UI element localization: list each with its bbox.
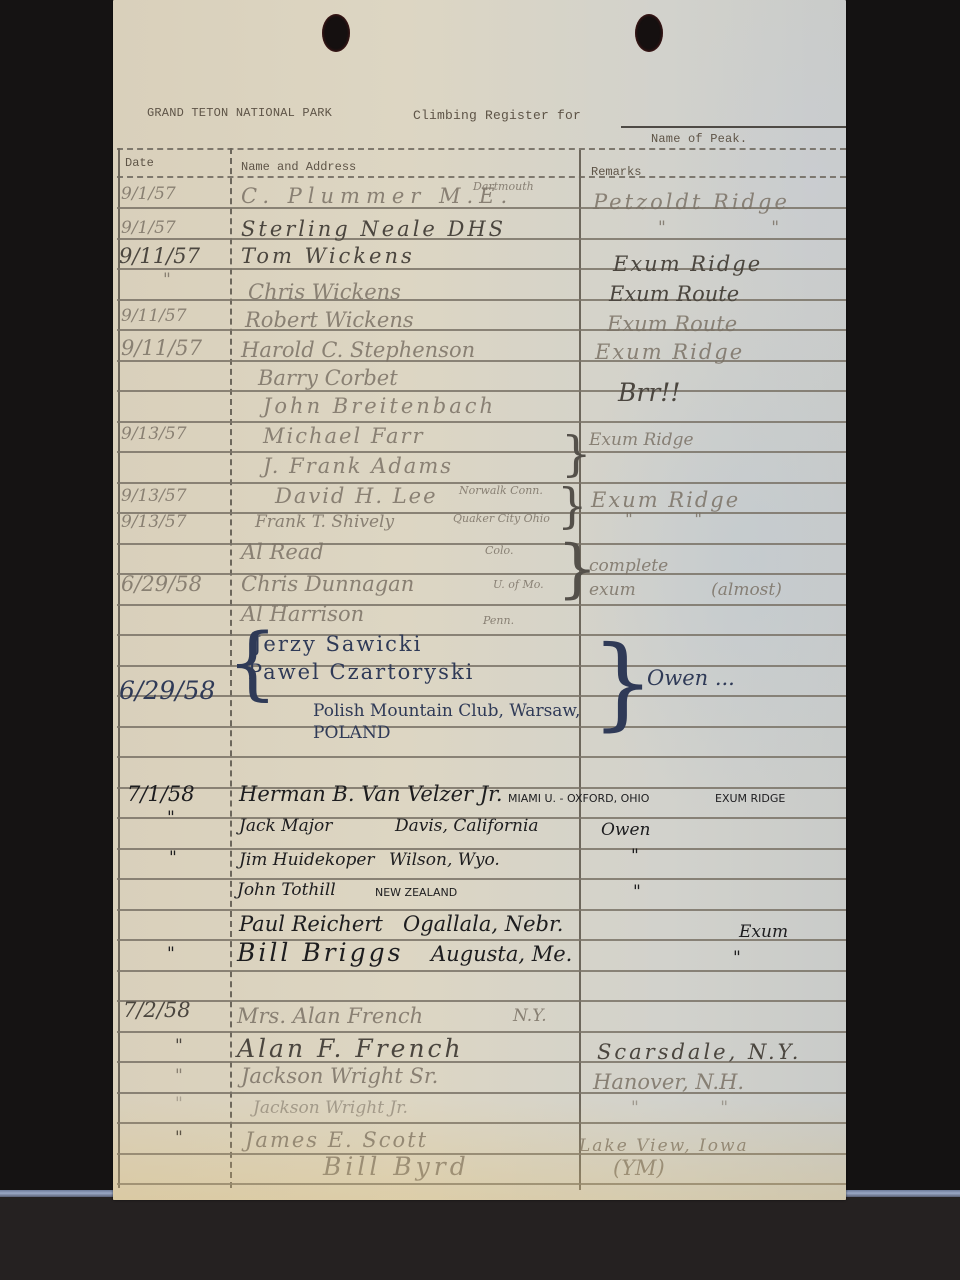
brace: } — [561, 426, 592, 482]
entry-address: Augusta, Me. — [431, 942, 572, 966]
entry-address: MIAMI U. - OXFORD, OHIO — [508, 792, 649, 805]
ruled-line — [117, 1122, 846, 1124]
entry-date: " — [169, 848, 177, 868]
background-left — [0, 0, 113, 1192]
register-sheet: GRAND TETON NATIONAL PARK Climbing Regis… — [113, 0, 846, 1200]
entry-name: Mrs. Alan French — [237, 1004, 423, 1028]
entry-date: 9/11/57 — [119, 244, 200, 268]
remarks-column-divider — [579, 150, 581, 1190]
ruled-line — [117, 1000, 846, 1002]
entry-remarks: Exum Route — [607, 312, 737, 336]
entry-remarks: Brr!! — [618, 378, 680, 407]
punch-hole — [322, 14, 350, 52]
ruled-line — [117, 390, 846, 392]
entry-name: Alan F. French — [237, 1034, 464, 1063]
column-header-date: Date — [125, 156, 154, 170]
entry-date: " — [163, 270, 171, 290]
entry-name: Frank T. Shively — [255, 512, 394, 532]
entry-name: Jackson Wright Sr. — [241, 1064, 438, 1088]
entry-remarks: EXUM RIDGE — [715, 792, 785, 805]
entry-name: Bill Byrd — [323, 1152, 470, 1181]
entry-remarks: Exum Ridge — [591, 488, 740, 512]
column-header-remarks: Remarks — [591, 165, 641, 179]
ruled-line — [117, 909, 846, 911]
entry-date: 9/13/57 — [121, 512, 187, 532]
brace: } — [591, 624, 655, 741]
entry-remarks: " — [633, 882, 641, 902]
ruled-line — [117, 1183, 846, 1185]
entry-name: Pawel Czartoryski — [248, 660, 474, 684]
entry-date: " — [167, 808, 175, 828]
entry-date: 7/1/58 — [127, 782, 195, 806]
entry-address: Norwalk Conn. — [459, 484, 543, 497]
entry-name: James E. Scott — [245, 1128, 428, 1152]
entry-name: Michael Farr — [263, 424, 425, 448]
entry-remarks: Exum Ridge — [589, 430, 694, 450]
entry-address: U. of Mo. — [493, 578, 544, 591]
entry-remarks: exum (almost) — [589, 580, 782, 600]
entry-date: 9/1/57 — [121, 184, 176, 204]
register-title: Climbing Register for — [413, 108, 581, 123]
entry-name: David H. Lee — [275, 484, 438, 508]
entry-remarks: " " — [658, 218, 829, 238]
entry-address: Polish Mountain Club, Warsaw, POLAND — [313, 700, 613, 744]
entry-name: Jim Huidekoper — [239, 850, 375, 870]
entry-remarks: " — [733, 948, 741, 968]
entry-date: 9/11/57 — [121, 336, 202, 360]
entry-remarks: Exum Ridge — [595, 340, 744, 364]
entry-name: Tom Wickens — [241, 244, 415, 268]
ruled-line — [117, 756, 846, 758]
entry-address: NEW ZEALAND — [375, 886, 457, 899]
ruled-line — [117, 543, 846, 545]
entry-remarks: Scarsdale, N.Y. — [597, 1040, 801, 1064]
ruled-line — [117, 970, 846, 972]
entry-date: 9/13/57 — [121, 486, 187, 506]
ruled-line — [117, 604, 846, 606]
entry-remarks: " " — [631, 1098, 766, 1118]
park-title: GRAND TETON NATIONAL PARK — [147, 106, 332, 120]
entry-address: N.Y. — [513, 1006, 547, 1026]
entry-remarks: Exum Route — [609, 282, 739, 306]
header-rule-bottom — [117, 176, 846, 178]
ruled-line — [117, 451, 846, 453]
entry-date: 7/2/58 — [123, 998, 191, 1022]
entry-name: Harold C. Stephenson — [241, 338, 475, 362]
entry-name: Bill Briggs — [237, 938, 403, 967]
entry-name: John Tothill — [237, 880, 336, 900]
header-rule-top — [117, 148, 846, 150]
entry-address: Davis, California — [395, 816, 539, 836]
entry-date: 9/13/57 — [121, 424, 187, 444]
punch-hole — [635, 14, 663, 52]
entry-date: " — [175, 1094, 183, 1114]
entry-name: Jerzy Sawicki — [253, 632, 422, 656]
ruled-line — [117, 939, 846, 941]
entry-name: J. Frank Adams — [263, 454, 453, 478]
entry-name: John Breitenbach — [263, 394, 496, 418]
peak-caption: Name of Peak. — [651, 132, 747, 146]
background-bottom — [0, 1197, 960, 1280]
entry-remarks: Petzoldt Ridge — [593, 190, 790, 214]
entry-name: Jackson Wright Jr. — [253, 1098, 408, 1118]
entry-date: " — [175, 1036, 183, 1056]
brace: } — [557, 532, 598, 606]
ruled-line — [117, 878, 846, 880]
entry-name: Sterling Neale DHS — [241, 217, 506, 241]
entry-name: Al Read — [241, 540, 324, 564]
entry-date: " — [175, 1128, 183, 1148]
entry-date: " — [175, 1066, 183, 1086]
ruled-line — [117, 1031, 846, 1033]
brace: } — [557, 478, 588, 534]
entry-date: 6/29/58 — [119, 676, 215, 705]
background-right — [846, 0, 960, 1192]
entry-remarks: (YM) — [613, 1156, 665, 1180]
entry-remarks: Exum Ridge — [613, 252, 762, 276]
entry-remarks: Owen — [601, 820, 651, 840]
entry-address: Quaker City Ohio — [453, 512, 563, 525]
entry-date: 6/29/58 — [121, 572, 202, 596]
entry-date: 9/1/57 — [121, 218, 176, 238]
entry-name: Herman B. Van Velzer Jr. — [239, 782, 503, 806]
entry-date: " — [167, 944, 175, 964]
entry-remarks: " — [631, 846, 639, 866]
entry-remarks: Hanover, N.H. — [593, 1070, 744, 1094]
entry-remarks: complete — [589, 556, 668, 576]
entry-address: Dartmouth — [473, 180, 534, 193]
peak-name-line — [621, 126, 846, 128]
ruled-line — [117, 573, 846, 575]
entry-remarks: Exum — [739, 922, 788, 942]
entry-name: Chris Wickens — [248, 280, 401, 304]
entry-name: Barry Corbet — [258, 366, 398, 390]
ruled-line — [117, 1153, 846, 1155]
entry-name: Chris Dunnagan — [241, 572, 414, 596]
entry-name: Jack Major — [239, 816, 332, 836]
entry-remarks: Owen ... — [647, 666, 735, 690]
entry-remarks: Lake View, Iowa — [579, 1136, 749, 1156]
column-header-name: Name and Address — [241, 160, 356, 174]
entry-remarks: " " — [625, 510, 730, 530]
entry-name: Paul Reichert — [239, 912, 383, 936]
entry-name: Robert Wickens — [245, 308, 414, 332]
ruled-line — [117, 421, 846, 423]
entry-address: Ogallala, Nebr. — [403, 912, 563, 936]
entry-address: Wilson, Wyo. — [389, 850, 500, 870]
entry-date: 9/11/57 — [121, 306, 187, 326]
entry-address: Colo. — [485, 544, 513, 557]
entry-address: Penn. — [483, 614, 514, 627]
